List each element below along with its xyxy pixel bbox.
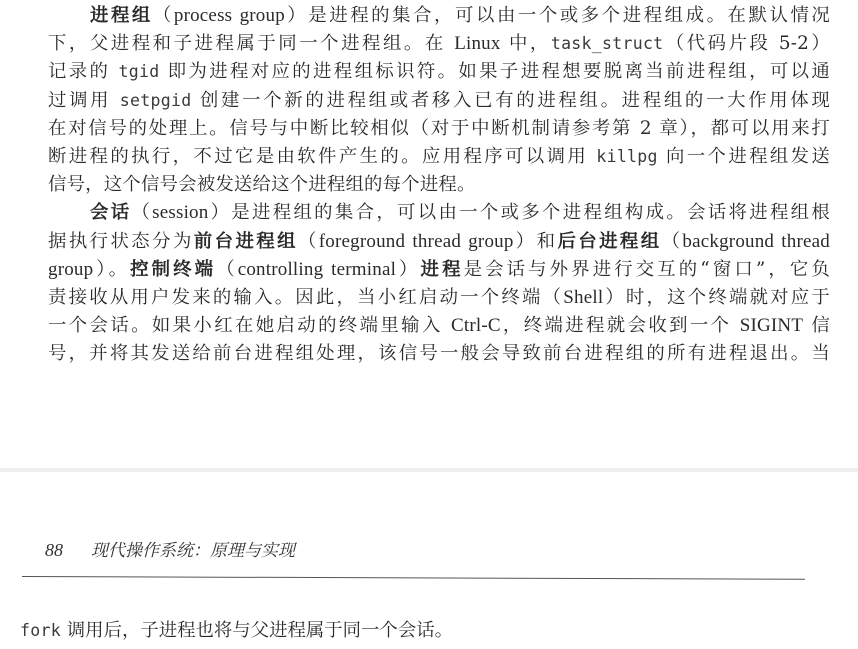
text-line: 下，父进程和子进程属于同一个进程组。在 Linux 中，task_struct（… xyxy=(48,30,830,58)
key-term: 会话 xyxy=(90,202,131,223)
text-line: 一个会话。如果小红在她启动的终端里输入 Ctrl-C，终端进程就会收到一个 SI… xyxy=(48,312,830,340)
text-segment: （ xyxy=(131,202,152,223)
text-segment: （ xyxy=(662,231,683,252)
code-term: task_struct xyxy=(551,34,664,53)
key-term: 控制终端 xyxy=(130,259,216,280)
text-segment: SIGINT xyxy=(740,315,803,336)
text-segment: 信号，这个信号会被发送给这个进程组的每个进程。 xyxy=(48,174,476,195)
text-segment: 即为进程对应的进程组标识符。如果子进程想要脱离当前进程组，可以通 xyxy=(159,61,830,82)
text-segment: 号，并将其发送给前台进程组处理，该信号一般会导致前台进程组的所有进程退出。当 xyxy=(48,343,830,364)
running-header: 88现代操作系统：原理与实现 xyxy=(45,536,295,561)
text-segment: 信 xyxy=(803,315,830,336)
book-title: 现代操作系统：原理与实现 xyxy=(91,541,295,561)
book-page-lower: 88现代操作系统：原理与实现 fork 调用后，子进程也将与父进程属于同一个会话… xyxy=(0,472,858,649)
text-segment: ）时，这个终端就对应于 xyxy=(603,287,830,308)
text-segment: process group xyxy=(174,5,285,26)
key-term: 进程组 xyxy=(90,5,153,26)
text-segment: session xyxy=(152,202,208,223)
text-line: group）。控制终端（controlling terminal）进程是会话与外… xyxy=(48,256,830,284)
text-segment: 是会话与外界进行交互的“窗口”，它负 xyxy=(464,259,830,280)
code-term: tgid xyxy=(119,62,160,81)
text-segment: 一个会话。如果小红在她启动的终端里输入 xyxy=(48,315,451,336)
text-segment: 责接收从用户发来的输入。因此，当小红启动一个终端（ xyxy=(48,287,563,308)
text-segment: （代码片段 5-2） xyxy=(663,33,830,54)
key-term: 进程 xyxy=(421,259,464,280)
text-segment: 中， xyxy=(501,33,551,54)
text-segment: 据执行状态分为 xyxy=(48,231,194,252)
text-segment: Linux xyxy=(454,33,500,54)
text-line: 记录的 tgid 即为进程对应的进程组标识符。如果子进程想要脱离当前进程组，可以… xyxy=(48,58,830,86)
text-segment: background thread xyxy=(682,231,830,252)
text-line: 断进程的执行，不过它是由软件产生的。应用程序可以调用 killpg 向一个进程组… xyxy=(48,143,830,171)
text-segment: ）是进程的集合，可以由一个或多个进程组成。在默认情况 xyxy=(285,5,830,26)
text-segment: Ctrl-C xyxy=(451,315,501,336)
text-line: 过调用 setpgid 创建一个新的进程组或者移入已有的进程组。进程组的一大作用… xyxy=(48,87,830,115)
key-term: 前台进程组 xyxy=(194,231,298,252)
text-line: 进程组（process group）是进程的集合，可以由一个或多个进程组成。在默… xyxy=(48,2,830,30)
code-term: setpgid xyxy=(120,91,192,110)
text-segment: Shell xyxy=(563,287,603,308)
text-segment: 过调用 xyxy=(48,90,120,111)
text-line: 据执行状态分为前台进程组（foreground thread group）和后台… xyxy=(48,228,830,256)
body-text: 进程组（process group）是进程的集合，可以由一个或多个进程组成。在默… xyxy=(48,2,830,368)
text-segment: 断进程的执行，不过它是由软件产生的。应用程序可以调用 xyxy=(48,146,596,167)
continuation-line: fork 调用后，子进程也将与父进程属于同一个会话。 xyxy=(20,617,453,645)
text-segment: ） xyxy=(396,259,420,280)
code-term: killpg xyxy=(596,147,657,166)
text-line: 号，并将其发送给前台进程组处理，该信号一般会导致前台进程组的所有进程退出。当 xyxy=(48,340,830,368)
text-line: 会话（session）是进程组的集合，可以由一个或多个进程组构成。会话将进程组根 xyxy=(48,199,830,227)
text-segment: controlling terminal xyxy=(238,259,396,280)
text-segment: ，终端进程就会收到一个 xyxy=(501,315,740,336)
text-segment: 下，父进程和子进程属于同一个进程组。在 xyxy=(48,33,454,54)
key-term: 后台进程组 xyxy=(557,231,661,252)
text-segment: 向一个进程组发送 xyxy=(658,146,830,167)
continuation-text: 调用后，子进程也将与父进程属于同一个会话。 xyxy=(61,620,453,641)
text-segment: ）。 xyxy=(93,259,130,280)
text-segment: ）是进程组的集合，可以由一个或多个进程组构成。会话将进程组根 xyxy=(208,202,830,223)
text-line: 在对信号的处理上。信号与中断比较相似（对于中断机制请参考第 2 章），都可以用来… xyxy=(48,115,830,143)
book-page-upper: 进程组（process group）是进程的集合，可以由一个或多个进程组成。在默… xyxy=(0,0,858,468)
text-segment: 在对信号的处理上。信号与中断比较相似（对于中断机制请参考第 2 章），都可以用来… xyxy=(48,118,830,139)
text-line: 责接收从用户发来的输入。因此，当小红启动一个终端（Shell）时，这个终端就对应… xyxy=(48,284,830,312)
text-segment: ）和 xyxy=(514,231,558,252)
text-segment: （ xyxy=(153,5,174,26)
code-fork: fork xyxy=(20,621,61,640)
text-segment: 创建一个新的进程组或者移入已有的进程组。进程组的一大作用体现 xyxy=(191,90,830,111)
page-number: 88 xyxy=(45,540,91,561)
header-rule xyxy=(22,576,805,580)
text-segment: （ xyxy=(216,259,238,280)
text-segment: （ xyxy=(298,231,319,252)
text-segment: group xyxy=(48,259,93,280)
text-line: 信号，这个信号会被发送给这个进程组的每个进程。 xyxy=(48,171,830,199)
text-segment: foreground thread group xyxy=(319,231,514,252)
text-segment: 记录的 xyxy=(48,61,119,82)
